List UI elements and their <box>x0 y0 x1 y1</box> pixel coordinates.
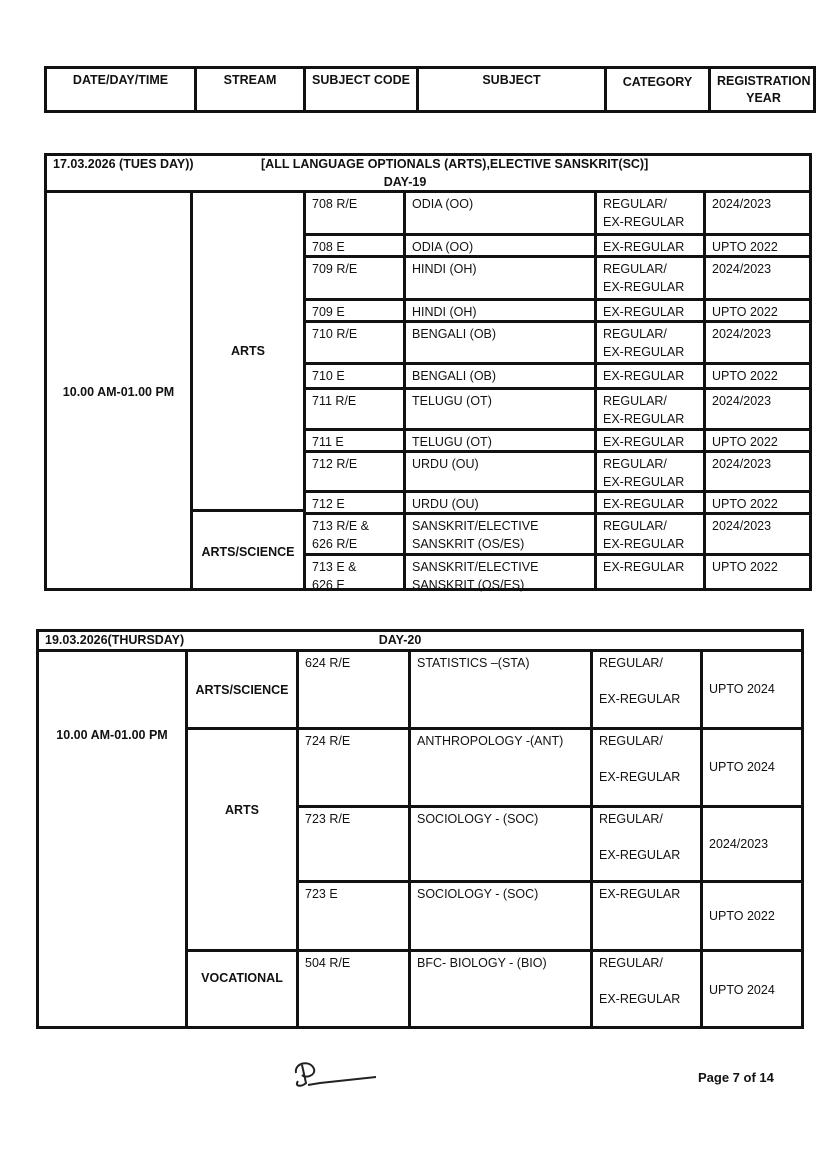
cell-category: REGULAR/ EX-REGULAR <box>597 192 703 233</box>
cell-category: EX-REGULAR <box>597 300 703 320</box>
cell-code: 710 R/E <box>306 322 403 362</box>
cell-code: 724 R/E <box>299 729 408 805</box>
cell-year: UPTO 2024 <box>703 651 804 727</box>
cell-subject: TELUGU (OT) <box>406 389 594 428</box>
cell-subject: ODIA (OO) <box>406 192 594 233</box>
cell-year: UPTO 2022 <box>703 882 804 949</box>
cell-year: UPTO 2022 <box>706 430 812 450</box>
header-subject: SUBJECT <box>419 68 604 92</box>
header-category: CATEGORY <box>607 70 708 94</box>
cell-category: EX-REGULAR <box>593 882 700 949</box>
cell-subject: SANSKRIT/ELECTIVE SANSKRIT (OS/ES) <box>406 555 594 591</box>
cell-category: REGULAR/ EX-REGULAR <box>597 452 703 490</box>
cell-category: REGULAR/ EX-REGULAR <box>593 651 700 727</box>
cell-year: 2024/2023 <box>706 389 812 428</box>
cell-year: UPTO 2022 <box>706 492 812 512</box>
cell-subject: BENGALI (OB) <box>406 364 594 387</box>
cell-year: 2024/2023 <box>706 192 812 233</box>
cell-category: REGULAR/ EX-REGULAR <box>597 322 703 362</box>
cell-year: UPTO 2022 <box>706 555 812 591</box>
cell-code: 709 R/E <box>306 257 403 298</box>
cell-category: REGULAR/ EX-REGULAR <box>597 389 703 428</box>
cell-year: 2024/2023 <box>706 452 812 490</box>
cell-code: 710 E <box>306 364 403 387</box>
day20-stream-vocational: VOCATIONAL <box>188 952 296 1004</box>
cell-code: 723 E <box>299 882 408 949</box>
cell-subject: ODIA (OO) <box>406 235 594 255</box>
cell-code: 708 R/E <box>306 192 403 233</box>
cell-subject: SANSKRIT/ELECTIVE SANSKRIT (OS/ES) <box>406 514 594 553</box>
cell-subject: SOCIOLOGY - (SOC) <box>411 882 590 949</box>
header-stream: STREAM <box>197 68 303 92</box>
cell-category: EX-REGULAR <box>597 555 703 591</box>
cell-code: 713 E & 626 E <box>306 555 403 591</box>
cell-category: REGULAR/ EX-REGULAR <box>593 807 700 880</box>
cell-subject: URDU (OU) <box>406 492 594 512</box>
header-registration-year: REGISTRATION YEAR <box>711 70 816 110</box>
cell-code: 711 E <box>306 430 403 450</box>
cell-code: 723 R/E <box>299 807 408 880</box>
day19-stream-arts: ARTS <box>193 193 303 509</box>
cell-year: UPTO 2022 <box>706 364 812 387</box>
cell-code: 712 R/E <box>306 452 403 490</box>
day19-date: 17.03.2026 (TUES DAY)) <box>47 152 247 176</box>
cell-code: 713 R/E & 626 R/E <box>306 514 403 553</box>
cell-year: UPTO 2024 <box>703 729 804 805</box>
cell-category: REGULAR/ EX-REGULAR <box>597 257 703 298</box>
cell-code: 708 E <box>306 235 403 255</box>
cell-subject: URDU (OU) <box>406 452 594 490</box>
cell-category: EX-REGULAR <box>597 492 703 512</box>
day19-stream-arts-science: ARTS/SCIENCE <box>193 512 303 591</box>
cell-year: 2024/2023 <box>706 322 812 362</box>
cell-code: 711 R/E <box>306 389 403 428</box>
day19-time: 10.00 AM-01.00 PM <box>47 193 190 591</box>
cell-category: EX-REGULAR <box>597 364 703 387</box>
cell-subject: BENGALI (OB) <box>406 322 594 362</box>
cell-code: 504 R/E <box>299 951 408 1029</box>
signature-icon <box>288 1055 383 1095</box>
cell-year: 2024/2023 <box>706 257 812 298</box>
cell-year: UPTO 2022 <box>706 235 812 255</box>
cell-year: 2024/2023 <box>703 807 804 880</box>
cell-year: UPTO 2024 <box>703 951 804 1029</box>
day20-time: 10.00 AM-01.00 PM <box>39 723 185 747</box>
page-number: Page 7 of 14 <box>698 1070 774 1085</box>
cell-subject: STATISTICS –(STA) <box>411 651 590 727</box>
header-subject-code: SUBJECT CODE <box>306 68 416 92</box>
cell-category: REGULAR/ EX-REGULAR <box>593 729 700 805</box>
cell-category: REGULAR/ EX-REGULAR <box>597 514 703 553</box>
cell-subject: TELUGU (OT) <box>406 430 594 450</box>
cell-subject: HINDI (OH) <box>406 300 594 320</box>
header-date-day-time: DATE/DAY/TIME <box>47 68 194 92</box>
cell-code: 712 E <box>306 492 403 512</box>
day20-stream-arts: ARTS <box>188 730 296 890</box>
cell-year: UPTO 2022 <box>706 300 812 320</box>
cell-code: 709 E <box>306 300 403 320</box>
day20-stream-arts-science: ARTS/SCIENCE <box>188 652 296 727</box>
cell-subject: HINDI (OH) <box>406 257 594 298</box>
cell-year: 2024/2023 <box>706 514 812 553</box>
cell-subject: BFC- BIOLOGY - (BIO) <box>411 951 590 1029</box>
cell-category: EX-REGULAR <box>597 430 703 450</box>
cell-subject: SOCIOLOGY - (SOC) <box>411 807 590 880</box>
cell-category: REGULAR/ EX-REGULAR <box>593 951 700 1029</box>
cell-code: 624 R/E <box>299 651 408 727</box>
cell-category: EX-REGULAR <box>597 235 703 255</box>
cell-subject: ANTHROPOLOGY -(ANT) <box>411 729 590 805</box>
